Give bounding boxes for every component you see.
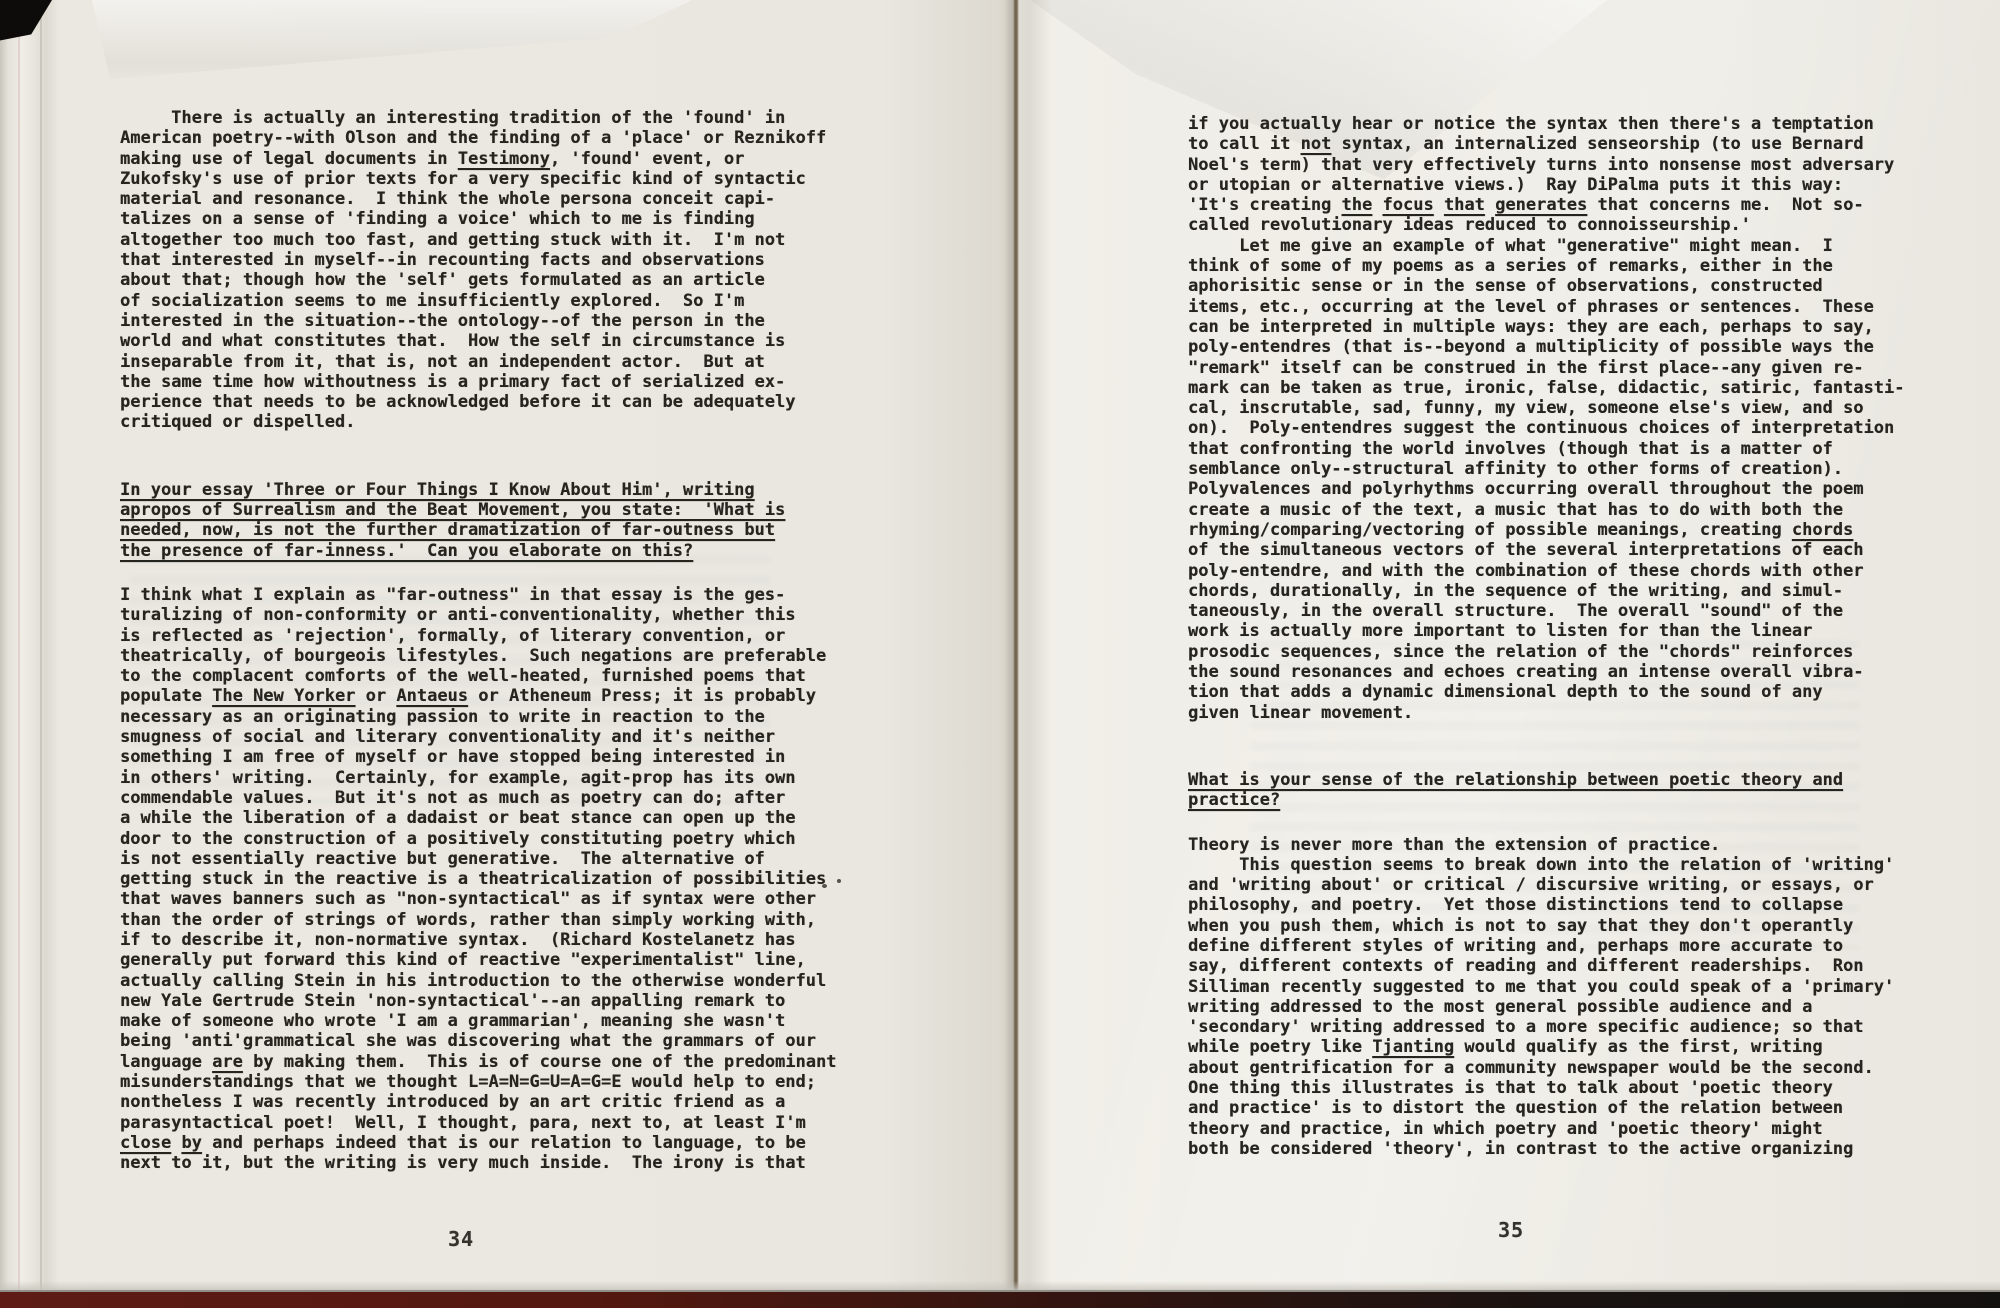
text-line: door to the construction of a positively… [120,829,836,849]
underlined-word: are [212,1052,243,1072]
text-line: semblance only--structural affinity to o… [1188,459,1904,479]
interview-question: What is your sense of the relationship b… [1188,770,1904,811]
answer-paragraph: There is actually an interesting traditi… [120,108,836,433]
text-line: making use of legal documents in Testimo… [120,149,836,169]
text-line: make of someone who wrote 'I am a gramma… [120,1011,836,1031]
text-line: theory and practice, in which poetry and… [1188,1119,1904,1139]
text-line: perience that needs to be acknowledged b… [120,392,836,412]
text-line: think of some of my poems as a series of… [1188,256,1904,276]
text-line: 'secondary' writing addressed to a more … [1188,1017,1904,1037]
text-line: There is actually an interesting traditi… [120,108,836,128]
text-line: that confronting the world involves (tho… [1188,439,1904,459]
text-line: misunderstandings that we thought L=A=N=… [120,1072,836,1092]
text-line: is reflected as 'rejection', formally, o… [120,626,836,646]
text-line: mark can be taken as true, ironic, false… [1188,378,1904,398]
text-line: tion that adds a dynamic dimensional dep… [1188,682,1904,702]
text-line: Polyvalences and polyrhythms occurring o… [1188,479,1904,499]
dust-speck [822,884,827,888]
text-line: nontheless I was recently introduced by … [120,1092,836,1112]
text-line: Silliman recently suggested to me that y… [1188,977,1904,997]
text-line: new Yale Gertrude Stein 'non-syntactical… [120,991,836,1011]
text-line: poly-entendres (that is--beyond a multip… [1188,337,1904,357]
text-line: if you actually hear or notice the synta… [1188,114,1904,134]
text-line: Theory is never more than the extension … [1188,835,1904,855]
text-line: poly-entendre, and with the combination … [1188,561,1904,581]
text-line: Let me give an example of what "generati… [1188,236,1904,256]
text-line: a while the liberation of a dadaist or b… [120,808,836,828]
page-crease-highlight-left [92,0,692,88]
text-line: This question seems to break down into t… [1188,855,1904,875]
text-line: turalizing of non-conformity or anti-con… [120,605,836,625]
text-line: that interested in myself--in recounting… [120,250,836,270]
text-line: philosophy, and poetry. Yet those distin… [1188,895,1904,915]
text-line: material and resonance. I think the whol… [120,189,836,209]
text-line: say, different contexts of reading and d… [1188,956,1904,976]
text-line: and practice' is to distort the question… [1188,1098,1904,1118]
text-line: rhyming/comparing/vectoring of possible … [1188,520,1904,540]
text-line: when you push them, which is not to say … [1188,916,1904,936]
text-line: about that; though how the 'self' gets f… [120,270,836,290]
text-line: In your essay 'Three or Four Things I Kn… [120,480,836,500]
text-line: both be considered 'theory', in contrast… [1188,1139,1904,1159]
underlined-word: by [181,1133,201,1153]
text-line: writing addressed to the most general po… [1188,997,1904,1017]
text-line: items, etc., occurring at the level of p… [1188,297,1904,317]
underlined-word: the [1342,195,1373,215]
text-line: American poetry--with Olson and the find… [120,128,836,148]
text-line: cal, inscrutable, sad, funny, my view, s… [1188,398,1904,418]
text-line: in others' writing. Certainly, for examp… [120,768,836,788]
text-line: is not essentially reactive but generati… [120,849,836,869]
text-line: Noel's term) that very effectively turns… [1188,155,1904,175]
interview-question: In your essay 'Three or Four Things I Kn… [120,480,836,561]
text-line: inseparable from it, that is, not an ind… [120,352,836,372]
text-line: theatrically, of bourgeois lifestyles. S… [120,646,836,666]
underlined-word: that [1444,195,1485,215]
text-line: next to it, but the writing is very much… [120,1153,836,1173]
text-line: interested in the situation--the ontolog… [120,311,836,331]
text-line: world and what constitutes that. How the… [120,331,836,351]
text-line: or utopian or alternative views.) Ray Di… [1188,175,1904,195]
text-line: talizes on a sense of 'finding a voice' … [120,209,836,229]
text-line: create a music of the text, a music that… [1188,500,1904,520]
text-line: Zukofsky's use of prior texts for a very… [120,169,836,189]
answer-paragraph: if you actually hear or notice the synta… [1188,114,1904,723]
text-line: the same time how withoutness is a prima… [120,372,836,392]
text-line: language are by making them. This is of … [120,1052,836,1072]
page-right-text: if you actually hear or notice the synta… [1188,114,1904,1159]
underlined-word: The New Yorker [212,686,355,706]
text-line: One thing this illustrates is that to ta… [1188,1078,1904,1098]
page-left-text: There is actually an interesting traditi… [120,108,836,1174]
underlined-word: Tjanting [1372,1037,1454,1057]
book-page-edges [0,0,58,1308]
text-line: while poetry like Tjanting would qualify… [1188,1037,1904,1057]
text-line: What is your sense of the relationship b… [1188,770,1904,790]
text-line: taneously, in the overall structure. The… [1188,601,1904,621]
underlined-word: Antaeus [396,686,468,706]
text-line: generally put forward this kind of react… [120,950,836,970]
text-line: if to describe it, non-normative syntax.… [120,930,836,950]
text-line: work is actually more important to liste… [1188,621,1904,641]
text-line: to call it not syntax, an internalized s… [1188,134,1904,154]
answer-paragraph: I think what I explain as "far-outness" … [120,585,836,1174]
text-line: chords, durationally, in the sequence of… [1188,581,1904,601]
text-line: being 'anti'grammatical she was discover… [120,1031,836,1051]
text-line: of socialization seems to me insufficien… [120,291,836,311]
text-line: and 'writing about' or critical / discur… [1188,875,1904,895]
text-line: called revolutionary ideas reduced to co… [1188,215,1904,235]
underlined-word: close [120,1133,171,1153]
text-line: necessary as an originating passion to w… [120,707,836,727]
text-line: I think what I explain as "far-outness" … [120,585,836,605]
text-line: actually calling Stein in his introducti… [120,971,836,991]
text-line: smugness of social and literary conventi… [120,727,836,747]
text-line: "remark" itself can be construed in the … [1188,358,1904,378]
text-line: to the complacent comforts of the well-h… [120,666,836,686]
text-line: given linear movement. [1188,703,1904,723]
text-line: on). Poly-entendres suggest the continuo… [1188,418,1904,438]
page-number-left: 34 [448,1227,474,1251]
dust-speck [837,879,841,883]
book-spine-gutter [1004,0,1030,1294]
text-line: practice? [1188,790,1904,810]
text-line: populate The New Yorker or Antaeus or At… [120,686,836,706]
text-line: that waves banners such as "non-syntacti… [120,889,836,909]
text-line: apropos of Surrealism and the Beat Movem… [120,500,836,520]
text-line: prosodic sequences, since the relation o… [1188,642,1904,662]
page-number-right: 35 [1498,1218,1524,1242]
underlined-word: focus [1383,195,1434,215]
answer-paragraph: Theory is never more than the extension … [1188,835,1904,1160]
underlined-word: not [1301,134,1332,154]
text-line: getting stuck in the reactive is a theat… [120,869,836,889]
book-spread-scan: There is actually an interesting traditi… [0,0,2000,1308]
text-line: parasyntactical poet! Well, I thought, p… [120,1113,836,1133]
text-line: of the simultaneous vectors of the sever… [1188,540,1904,560]
underlined-word: chords [1792,520,1853,540]
text-line: something I am free of myself or have st… [120,747,836,767]
text-line: close by and perhaps indeed that is our … [120,1133,836,1153]
underlined-word: Testimony [458,149,550,169]
text-line: can be interpreted in multiple ways: the… [1188,317,1904,337]
text-line: commendable values. But it's not as much… [120,788,836,808]
binding-edge-bottom [0,1290,2000,1308]
underlined-word: generates [1495,195,1587,215]
text-line: altogether too much too fast, and gettin… [120,230,836,250]
text-line: aphorisitic sense or in the sense of obs… [1188,276,1904,296]
text-line: 'It's creating the focus that generates … [1188,195,1904,215]
text-line: needed, now, is not the further dramatiz… [120,520,836,540]
text-line: define different styles of writing and, … [1188,936,1904,956]
text-line: the presence of far-inness.' Can you ela… [120,541,836,561]
text-line: critiqued or dispelled. [120,412,836,432]
text-line: the sound resonances and echoes creating… [1188,662,1904,682]
text-line: than the order of strings of words, rath… [120,910,836,930]
text-line: about gentrification for a community new… [1188,1058,1904,1078]
